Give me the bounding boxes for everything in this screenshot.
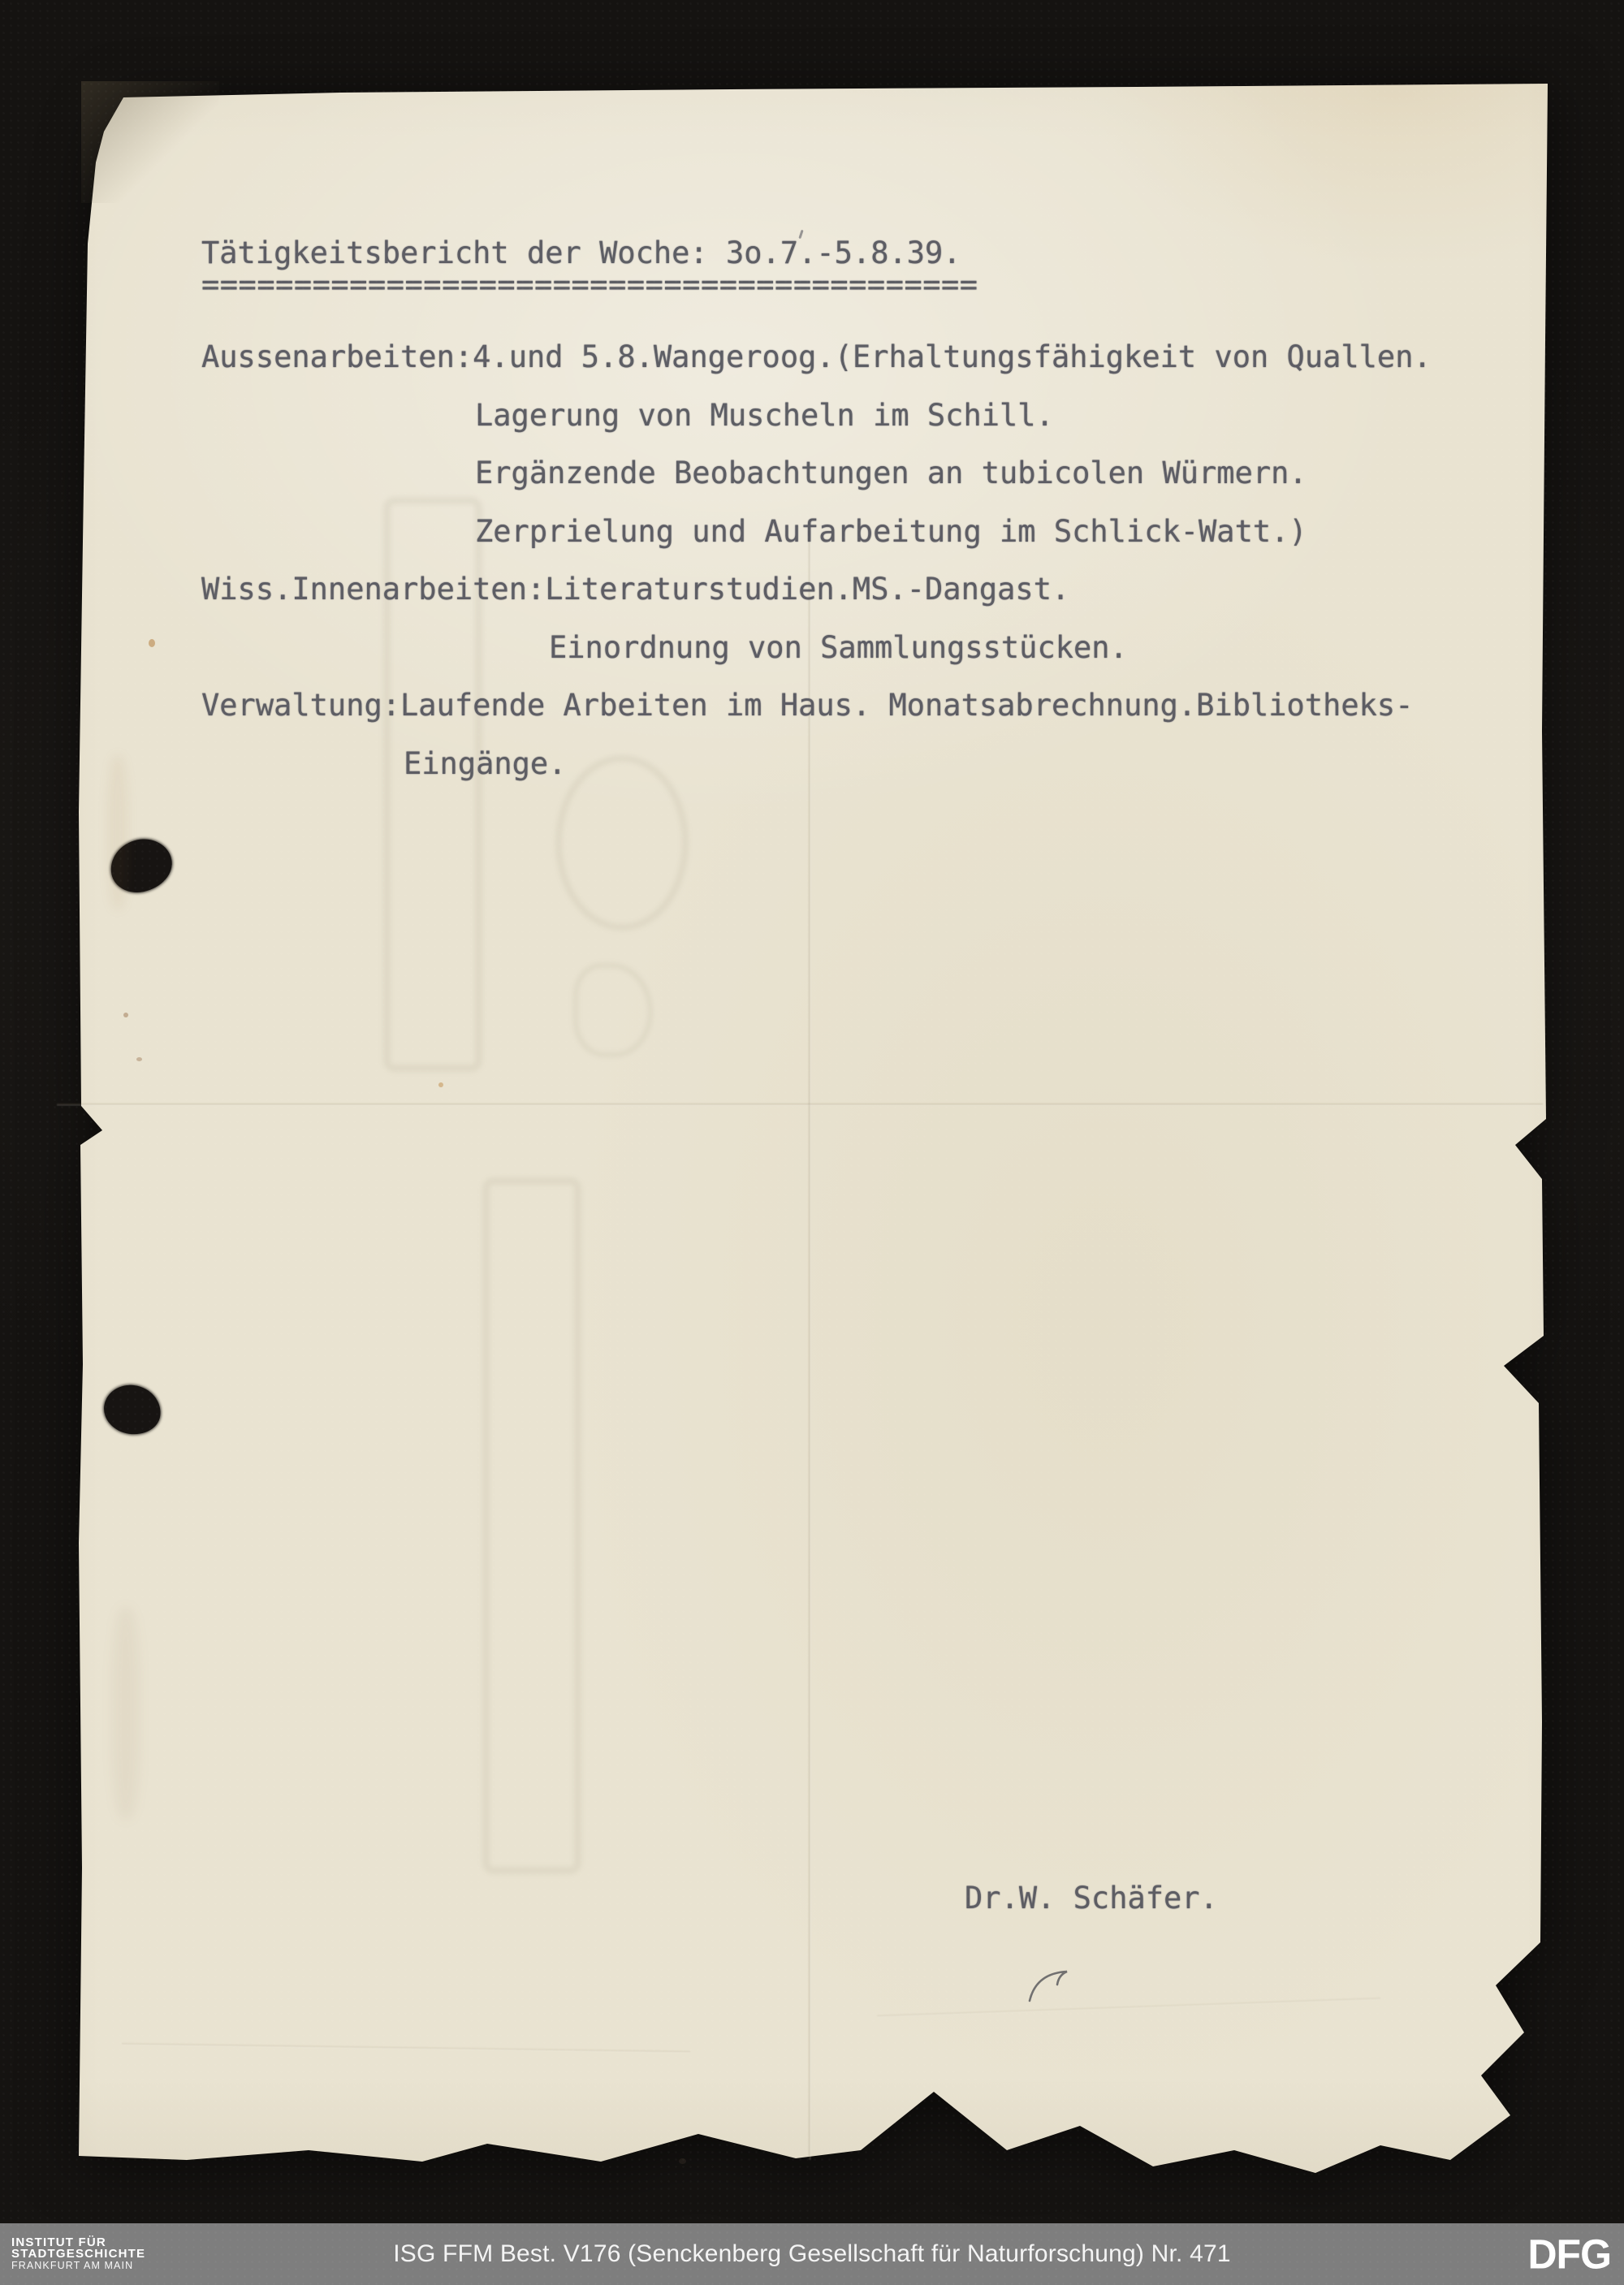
- title-underline: ========================================…: [201, 269, 978, 301]
- typewritten-line-aussenarbeiten: Aussenarbeiten:4.und 5.8.Wangeroog.(Erha…: [201, 341, 1432, 374]
- typewritten-title: Tätigkeitsbericht der Woche: 3o.7.-5.8.3…: [201, 237, 961, 270]
- pen-mark: [1025, 1963, 1082, 2012]
- typewritten-line-innenarbeiten: Wiss.Innenarbeiten:Literaturstudien.MS.-…: [201, 573, 1069, 606]
- footer-bar: INSTITUT FÜR STADTGESCHICHTE FRANKFURT A…: [0, 2223, 1624, 2285]
- typewritten-line-eingaenge: Eingänge.: [404, 748, 566, 780]
- typewritten-line-zerprielung: Zerprielung und Aufarbeitung im Schlick-…: [475, 516, 1307, 548]
- typewritten-line-verwaltung: Verwaltung:Laufende Arbeiten im Haus. Mo…: [201, 689, 1413, 722]
- archive-caption: ISG FFM Best. V176 (Senckenberg Gesellsc…: [0, 2240, 1624, 2268]
- scan-canvas: Tätigkeitsbericht der Woche: 3o.7.-5.8.3…: [0, 0, 1624, 2285]
- signature-line: Dr.W. Schäfer.: [965, 1882, 1218, 1915]
- dfg-logo: DFG: [1527, 2230, 1611, 2278]
- typewritten-line-ergaenzende: Ergänzende Beobachtungen an tubicolen Wü…: [475, 457, 1307, 490]
- typewritten-line-lagerung: Lagerung von Muscheln im Schill.: [475, 400, 1054, 432]
- typewritten-line-einordnung: Einordnung von Sammlungsstücken.: [549, 632, 1128, 664]
